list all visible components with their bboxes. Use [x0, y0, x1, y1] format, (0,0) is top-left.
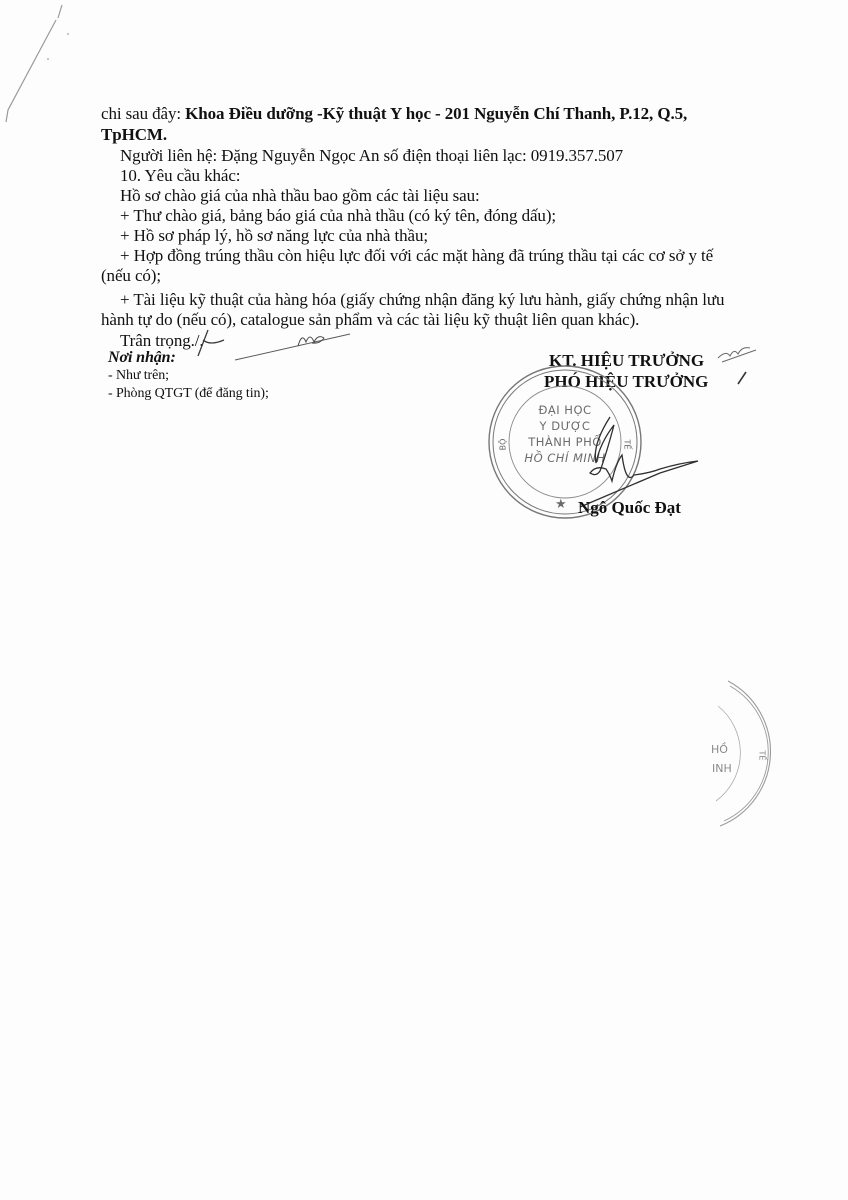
address-bold: Khoa Điều dưỡng -Kỹ thuật Y học - 201 Ng…	[185, 104, 687, 123]
partial-stamp-line-2: INH	[712, 762, 732, 775]
scan-edge-mark	[0, 0, 80, 130]
body-line-item-3: + Hợp đồng trúng thầu còn hiệu lực đối v…	[120, 245, 713, 267]
title-initial-mark	[716, 340, 766, 390]
body-line-city: TpHCM.	[101, 124, 167, 146]
partial-stamp-line-1: HỒ	[711, 743, 728, 756]
recipient-item-1: - Như trên;	[108, 367, 169, 385]
address-prefix: chi sau đây:	[101, 104, 185, 123]
body-line-item-1: + Thư chào giá, bảng báo giá của nhà thầ…	[120, 205, 556, 227]
body-line-item-4-cont: hành tự do (nếu có), catalogue sản phẩm …	[101, 309, 639, 331]
stamp-left-text: BỘ	[498, 439, 507, 451]
partial-stamp-right-text: TẾ	[757, 751, 766, 761]
recipients-heading: Nơi nhận:	[108, 347, 176, 369]
signer-name: Ngô Quốc Đạt	[578, 497, 681, 519]
recipient-item-2: - Phòng QTGT (để đăng tin);	[108, 385, 269, 403]
body-line-item-4: + Tài liệu kỹ thuật của hàng hóa (giấy c…	[120, 289, 724, 311]
body-line-section-10: 10. Yêu cầu khác:	[120, 165, 240, 187]
body-line-address: chi sau đây: Khoa Điều dưỡng -Kỹ thuật Y…	[101, 103, 687, 125]
body-line-item-3-cont: (nếu có);	[101, 265, 161, 287]
body-line-dossier-intro: Hồ sơ chào giá của nhà thầu bao gồm các …	[120, 185, 480, 207]
body-line-contact: Người liên hệ: Đặng Nguyễn Ngọc An số đi…	[120, 145, 623, 167]
document-page: chi sau đây: Khoa Điều dưỡng -Kỹ thuật Y…	[0, 0, 848, 1200]
initial-signature-mark	[190, 328, 370, 368]
partial-stamp-bleed	[700, 676, 780, 836]
body-line-item-2: + Hồ sơ pháp lý, hồ sơ năng lực của nhà …	[120, 225, 428, 247]
